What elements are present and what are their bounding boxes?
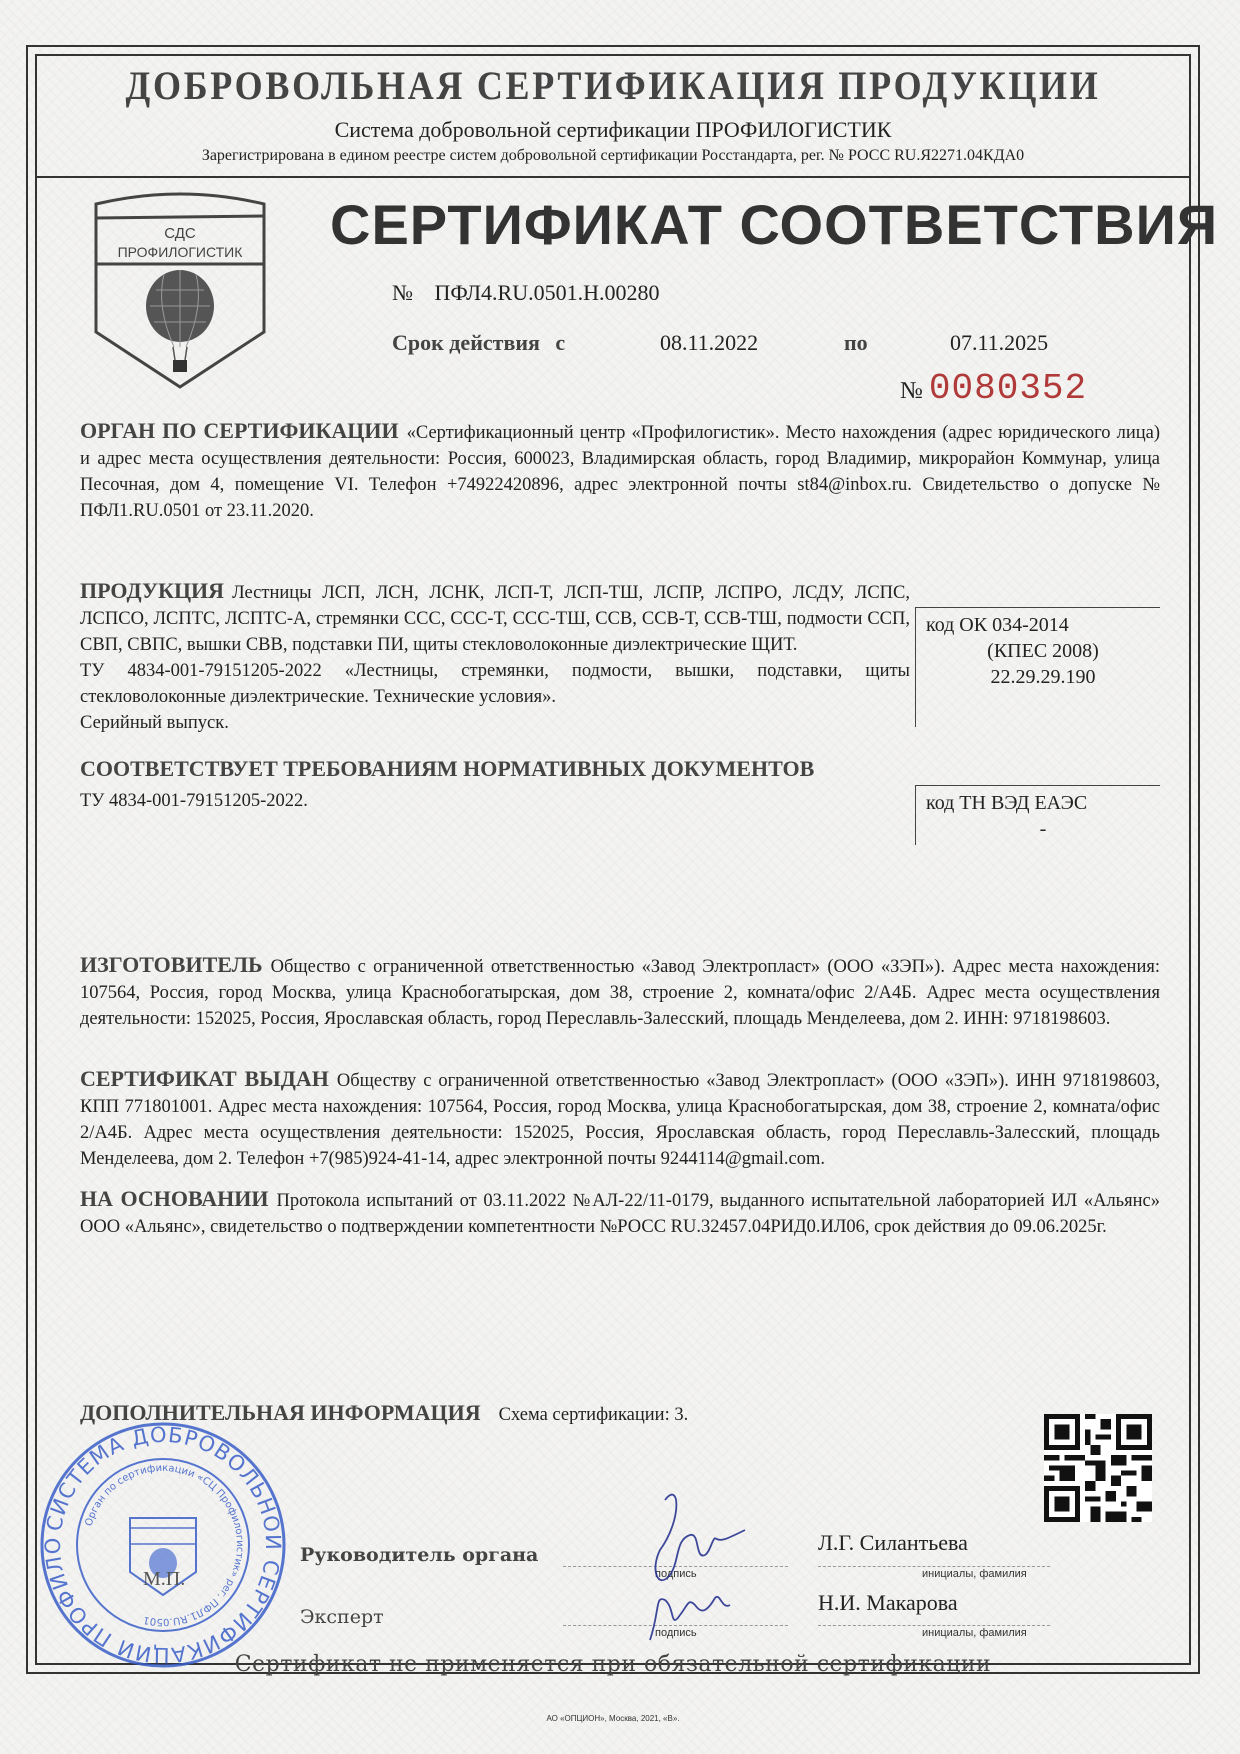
head-label: Руководитель органа (300, 1544, 538, 1566)
code-tnved-value: - (926, 816, 1160, 842)
basis-heading: НА ОСНОВАНИИ (80, 1186, 269, 1211)
code-ok-box: код ОК 034-2014 (КПЕС 2008) 22.29.29.190 (915, 607, 1160, 727)
additional-text: Схема сертификации: 3. (499, 1405, 689, 1425)
head-name: Л.Г. Силантьева (818, 1530, 968, 1556)
code-ok-label: код ОК (926, 614, 987, 636)
to-date: 07.11.2025 (950, 330, 1048, 356)
blank-number-value: 0080352 (929, 368, 1087, 409)
products-series: Серийный выпуск. (80, 710, 910, 736)
basis-section: НА ОСНОВАНИИПротокола испытаний от 03.11… (80, 1186, 1160, 1240)
manufacturer-heading: ИЗГОТОВИТЕЛЬ (80, 952, 263, 977)
products-heading: ПРОДУКЦИЯ (80, 578, 224, 603)
certification-system: Система добровольной сертификации ПРОФИЛ… (35, 117, 1191, 143)
official-stamp: СИСТЕМА ДОБРОВОЛЬНОЙ СЕРТИФИКАЦИИ ПРОФИЛ… (38, 1420, 288, 1670)
printer-imprint: АО «ОПЦИОН», Москва, 2021, «В». (35, 1714, 1191, 1723)
code-tnved-label: код ТН ВЭД ЕАЭС (926, 790, 1160, 816)
certificate-number: № ПФЛ4.RU.0501.Н.00280 (392, 280, 659, 306)
conformity-section: СООТВЕТСТВУЕТ ТРЕБОВАНИЯМ НОРМАТИВНЫХ ДО… (80, 756, 910, 814)
svg-text:Орган по сертификации «СЦ Проф: Орган по сертификации «СЦ Профилогистик»… (84, 1463, 245, 1627)
head-name-line (818, 1566, 1050, 1567)
validity-label: Срок действия (392, 330, 540, 355)
conformity-heading: СООТВЕТСТВУЕТ ТРЕБОВАНИЯМ НОРМАТИВНЫХ ДО… (80, 756, 902, 782)
certificate-number-value: ПФЛ4.RU.0501.Н.00280 (435, 280, 660, 305)
code-tnved-box: код ТН ВЭД ЕАЭС - (915, 785, 1160, 845)
issued-to-heading: СЕРТИФИКАТ ВЫДАН (80, 1066, 329, 1091)
products-section: ПРОДУКЦИЯЛестницы ЛСП, ЛСН, ЛСНК, ЛСП-Т,… (80, 578, 910, 736)
from-date: 08.11.2022 (660, 330, 758, 356)
expert-name-line (818, 1625, 1050, 1626)
head-name-caption: инициалы, фамилия (922, 1568, 1027, 1580)
certificate-title: СЕРТИФИКАТ СООТВЕТСТВИЯ (330, 192, 1218, 257)
products-spec: ТУ 4834-001-79151205-2022 «Лестницы, стр… (80, 658, 910, 710)
header-divider (35, 176, 1191, 178)
code-ok-value: 22.29.29.190 (926, 664, 1160, 690)
manufacturer-section: ИЗГОТОВИТЕЛЬОбщество с ограниченной отве… (80, 952, 1160, 1032)
issued-to-section: СЕРТИФИКАТ ВЫДАНОбществу с ограниченной … (80, 1066, 1160, 1172)
header-title: ДОБРОВОЛЬНАЯ СЕРТИФИКАЦИЯ ПРОДУКЦИИ (93, 62, 1133, 109)
qr-code-icon (1044, 1414, 1152, 1522)
blank-number: №0080352 (900, 368, 1087, 409)
expert-name: Н.И. Макарова (818, 1590, 958, 1616)
conformity-text: ТУ 4834-001-79151205-2022. (80, 788, 910, 814)
certification-body-section: ОРГАН ПО СЕРТИФИКАЦИИ«Сертификационный ц… (80, 418, 1160, 524)
logo-shield: СДС ПРОФИЛОГИСТИК (90, 182, 270, 392)
number-sign: № (392, 280, 413, 305)
certification-body-heading: ОРГАН ПО СЕРТИФИКАЦИИ (80, 418, 399, 443)
expert-name-caption: инициалы, фамилия (922, 1627, 1027, 1639)
code-ok-standard: 034-2014 (992, 614, 1069, 636)
hot-air-balloon-icon (146, 270, 214, 372)
to-label: по (844, 330, 868, 356)
signature-head-icon (620, 1480, 760, 1650)
validity-period: Срок действия с 08.11.2022 по 07.11.2025 (392, 330, 1092, 356)
stamp-place-label: М.П. (143, 1568, 185, 1591)
code-ok-classifier: (КПЕС 2008) (926, 638, 1160, 664)
registration-note: Зарегистрирована в едином реестре систем… (35, 147, 1191, 165)
logo-line2: ПРОФИЛОГИСТИК (118, 244, 244, 260)
from-label: с (555, 330, 565, 355)
stamp-inner-text: Орган по сертификации «СЦ Профилогистик»… (84, 1463, 245, 1627)
blank-number-sign: № (900, 378, 923, 404)
expert-label: Эксперт (300, 1606, 384, 1628)
footer-note: Сертификат не применяется при обязательн… (35, 1652, 1191, 1677)
logo-line1: СДС (164, 225, 196, 242)
